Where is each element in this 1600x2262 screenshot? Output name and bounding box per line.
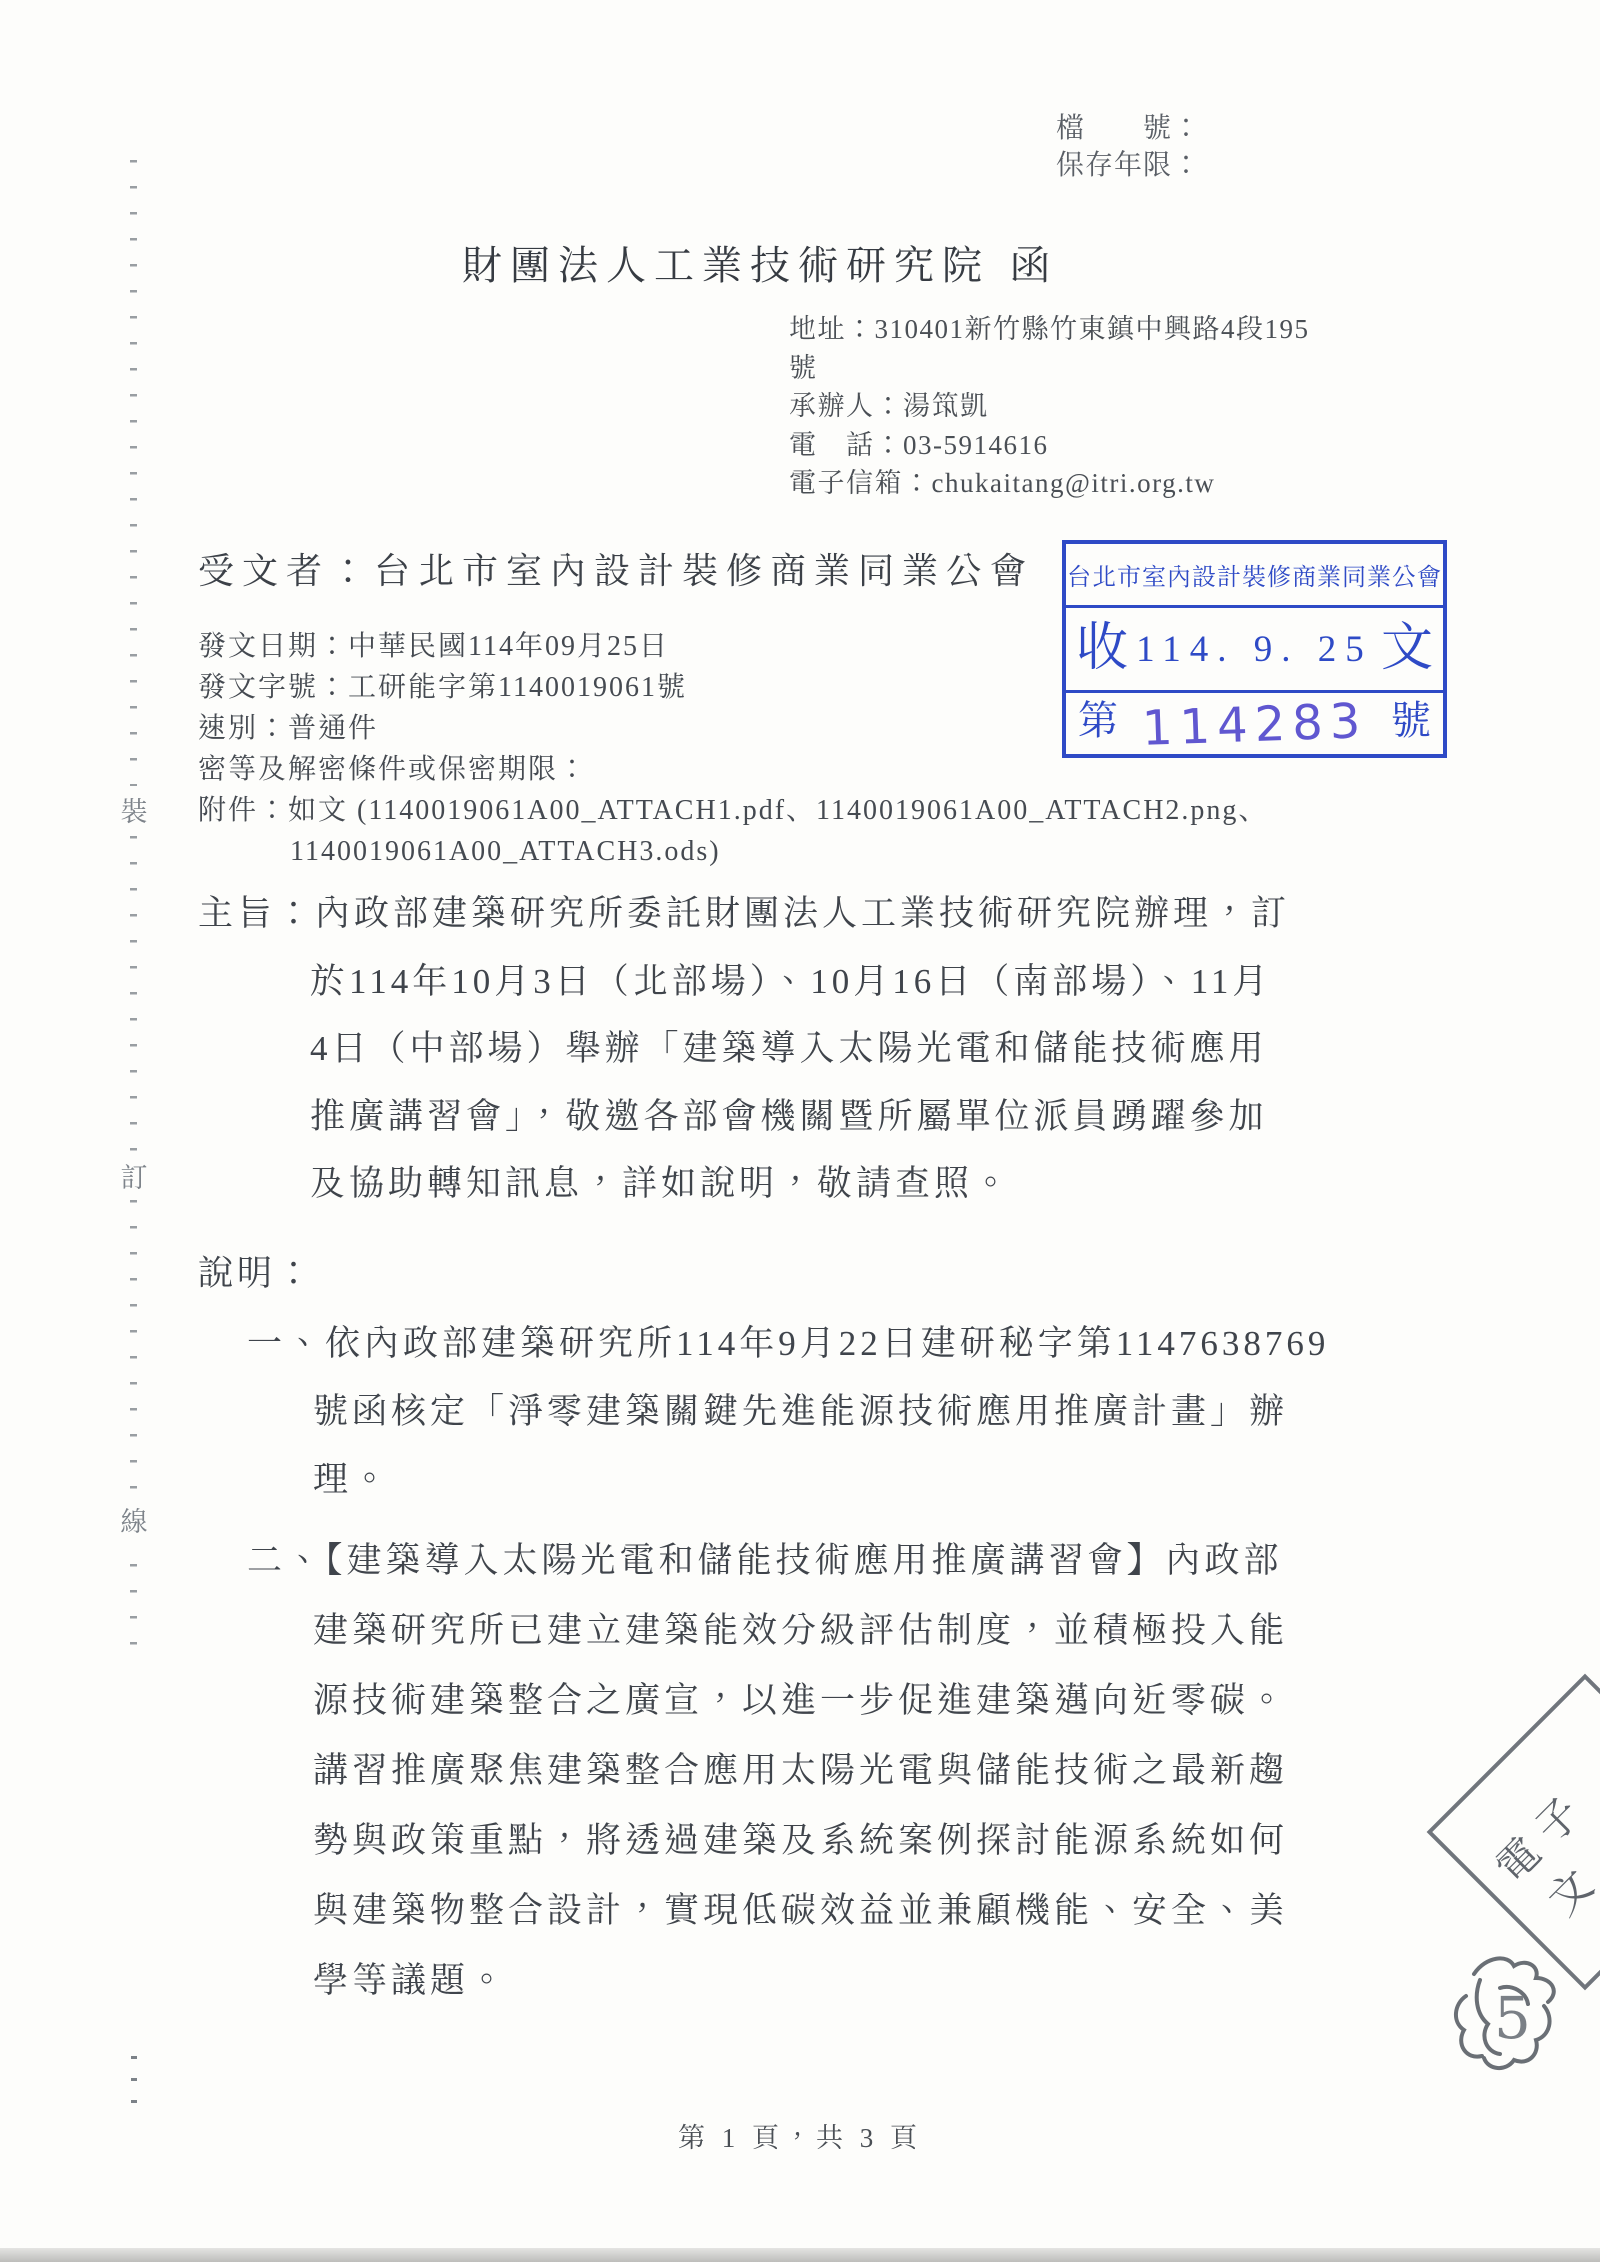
receipt-stamp-org: 台北市室內設計裝修商業同業公會 <box>1066 544 1443 608</box>
binding-dotted-line <box>130 160 137 1660</box>
scanned-official-letter-page: 檔 號： 保存年限： 財團法人工業技術研究院函 地址：310401新竹縣竹東鎮中… <box>0 0 1600 2262</box>
document-type: 函 <box>1010 243 1058 288</box>
archive-label-block: 檔 號： 保存年限： <box>1056 110 1201 184</box>
electronic-exchange-stamp: 電子 文 <box>1427 1674 1600 1991</box>
page-number-footer: 第 1 頁，共 3 頁 <box>0 2116 1600 2155</box>
issue-number-line: 發文字號：工研能字第1140019061號 <box>198 667 1268 708</box>
electronic-exchange-stamp-text: 電子 文 <box>1483 1775 1600 1939</box>
sender-email: 電子信箱：chukaitang@itri.org.tw <box>789 464 1310 503</box>
subject-line: 4日（中部場）舉辦「建築導入太陽光電和儲能技術應用 <box>310 1015 1290 1083</box>
explanation-item-2-line: 與建築物整合設計，實現低碳效益並兼顧機能、安全、美 <box>313 1876 1288 1946</box>
explanation-item-2-line: 勢與政策重點，將透過建築及系統案例探討能源系統如何 <box>313 1806 1288 1876</box>
subject-line: 及協助轉知訊息，詳如說明，敬請查照。 <box>310 1150 1290 1218</box>
subject-line: 推廣講習會」，敬邀各部會機關暨所屬單位派員踴躍參加 <box>310 1083 1290 1151</box>
retention-period-label: 保存年限： <box>1056 147 1201 184</box>
receipt-number-suffix: 號 <box>1391 701 1431 741</box>
issuing-metadata-block: 發文日期：中華民國114年09月25日 發文字號：工研能字第1140019061… <box>198 626 1268 872</box>
explanation-item-2-line: 學等議題。 <box>313 1946 1288 2016</box>
classification-line: 密等及解密條件或保密期限： <box>198 749 1268 790</box>
explanation-item-2: 二、【建築導入太陽光電和儲能技術應用推廣講習會】內政部 建築研究所已建立建築能效… <box>247 1526 1288 2016</box>
sender-contact-person: 承辦人：湯筑凱 <box>789 387 1310 426</box>
sender-address-wrap: 號 <box>789 349 1310 388</box>
explanation-item-2-line: 二、【建築導入太陽光電和儲能技術應用推廣講習會】內政部 <box>247 1526 1288 1596</box>
explanation-item-2-line: 建築研究所已建立建築能效分級評估制度，並積極投入能 <box>313 1596 1288 1666</box>
explanation-item-1: 一、依內政部建築研究所114年9月22日建研秘字第1147638769 號函核定… <box>247 1310 1329 1514</box>
sender-phone: 電 話：03-5914616 <box>789 426 1310 465</box>
subject-block: 主旨：內政部建築研究所委託財團法人工業技術研究院辦理，訂 於114年10月3日（… <box>198 880 1290 1218</box>
explanation-item-1-line: 一、依內政部建築研究所114年9月22日建研秘字第1147638769 <box>247 1310 1329 1378</box>
sender-address-line: 地址：310401新竹縣竹東鎮中興路4段195 <box>789 310 1310 349</box>
binding-char-zhuang: 裝 <box>117 786 151 833</box>
priority-line: 速別：普通件 <box>198 708 1268 749</box>
seal-scribble: 5 <box>1436 1944 1576 2084</box>
explanation-item-1-line: 理。 <box>313 1446 1329 1514</box>
issuer-name: 財團法人工業技術研究院 <box>462 243 990 288</box>
file-number-label: 檔 號： <box>1056 110 1201 147</box>
attachment-line-continuation: 1140019061A00_ATTACH3.ods) <box>290 831 1268 872</box>
scan-dot-artifacts <box>131 2056 137 2114</box>
document-title: 財團法人工業技術研究院函 <box>462 234 1058 291</box>
issue-date-line: 發文日期：中華民國114年09月25日 <box>198 626 1268 667</box>
binding-char-ding: 訂 <box>117 1152 151 1199</box>
receipt-doc-char: 文 <box>1381 623 1433 675</box>
explanation-item-2-line: 源技術建築整合之廣宣，以進一步促進建築邁向近零碳。 <box>313 1666 1288 1736</box>
explanation-label: 說明： <box>198 1246 315 1296</box>
subject-line: 主旨：內政部建築研究所委託財團法人工業技術研究院辦理，訂 <box>198 880 1290 948</box>
sender-contact-block: 地址：310401新竹縣竹東鎮中興路4段195 號 承辦人：湯筑凱 電 話：03… <box>789 310 1310 503</box>
explanation-item-1-line: 號函核定「淨零建築關鍵先進能源技術應用推廣計畫」辦 <box>313 1378 1329 1446</box>
attachment-line: 附件：如文 (1140019061A00_ATTACH1.pdf、1140019… <box>198 790 1268 831</box>
binding-char-xian: 線 <box>117 1496 151 1543</box>
scan-bottom-edge <box>0 2248 1600 2262</box>
subject-line: 於114年10月3日（北部場）、10月16日（南部場）、11月 <box>310 948 1290 1016</box>
seal-digit: 5 <box>1494 1984 1531 2052</box>
recipient-line: 受文者：台北市室內設計裝修商業同業公會 <box>198 543 1034 594</box>
explanation-item-2-line: 講習推廣聚焦建築整合應用太陽光電與儲能技術之最新趨 <box>313 1736 1288 1806</box>
